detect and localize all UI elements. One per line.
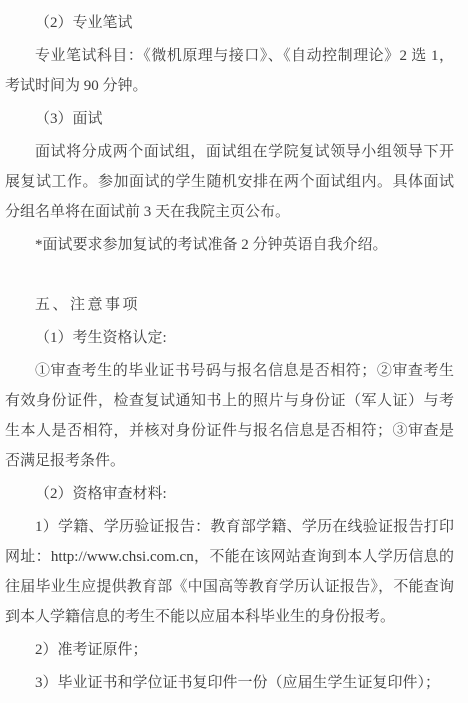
para-heading-candidate-qualification: （1）考生资格认定:	[5, 323, 454, 353]
para-admission-ticket-original: 2）准考证原件；	[5, 635, 454, 665]
para-heading-professional-written-test: （2）专业笔试	[5, 8, 454, 38]
para-heading-interview: （3）面试	[5, 104, 454, 134]
para-qualification-check-details: ①审查考生的毕业证书号码与报名信息是否相符；②审查考生有效身份证件，检查复试通知…	[5, 356, 454, 476]
document-page: （2）专业笔试 专业笔试科目：《微机原理与接口》、《自动控制理论》2 选 1，考…	[0, 0, 468, 703]
para-written-test-subjects: 专业笔试科目：《微机原理与接口》、《自动控制理论》2 选 1，考试时间为 90 …	[5, 41, 454, 101]
para-interview-english-intro-note: *面试要求参加复试的考试准备 2 分钟英语自我介绍。	[5, 230, 454, 260]
para-enrollment-verification-report: 1）学籍、学历验证报告：教育部学籍、学历在线验证报告打印网址：http://ww…	[5, 512, 454, 632]
para-heading-review-materials: （2）资格审查材料:	[5, 479, 454, 509]
section-heading-notes: 五、注意事项	[5, 290, 454, 320]
para-diploma-degree-copies: 3）毕业证书和学位证书复印件一份（应届生学生证复印件）；	[5, 668, 454, 698]
para-interview-groups: 面试将分成两个面试组，面试组在学院复试领导小组领导下开展复试工作。参加面试的学生…	[5, 137, 454, 227]
